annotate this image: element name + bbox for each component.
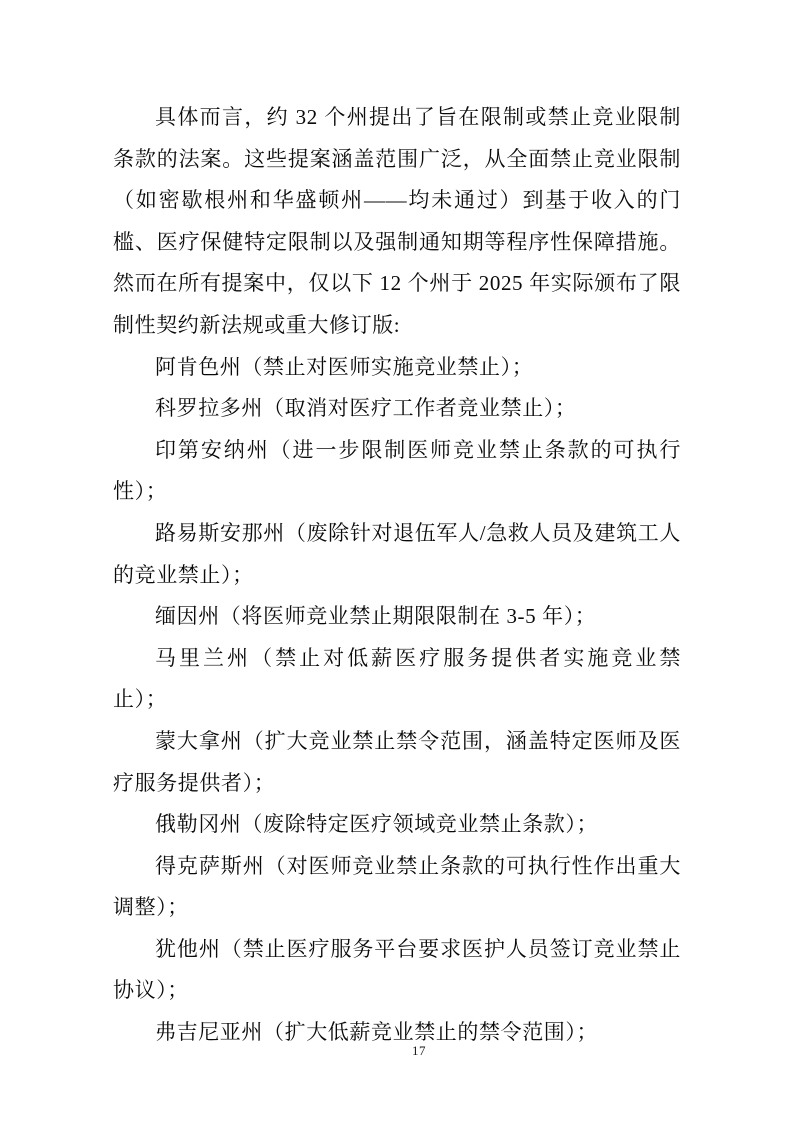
- state-list-item-maryland: 马里兰州（禁止对低薪医疗服务提供者实施竞业禁止）；: [113, 638, 681, 721]
- state-list-item-maine: 缅因州（将医师竞业禁止期限限制在 3-5 年）；: [113, 596, 681, 638]
- state-list-item-utah: 犹他州（禁止医疗服务平台要求医护人员签订竞业禁止协议）；: [113, 929, 681, 1012]
- page-number: 17: [0, 1043, 793, 1059]
- state-list-item-oregon: 俄勒冈州（废除特定医疗领域竞业禁止条款）；: [113, 804, 681, 846]
- state-list-item-texas: 得克萨斯州（对医师竞业禁止条款的可执行性作出重大调整）；: [113, 846, 681, 929]
- document-body: 具体而言，约 32 个州提出了旨在限制或禁止竞业限制条款的法案。这些提案涵盖范围…: [113, 97, 681, 1054]
- state-list-item-louisiana: 路易斯安那州（废除针对退伍军人/急救人员及建筑工人的竞业禁止）；: [113, 513, 681, 596]
- state-list-item-colorado: 科罗拉多州（取消对医疗工作者竞业禁止）；: [113, 388, 681, 430]
- state-list-item-montana: 蒙大拿州（扩大竞业禁止禁令范围，涵盖特定医师及医疗服务提供者）；: [113, 721, 681, 804]
- state-list-item-indiana: 印第安纳州（进一步限制医师竞业禁止条款的可执行性）；: [113, 430, 681, 513]
- document-page: 具体而言，约 32 个州提出了旨在限制或禁止竞业限制条款的法案。这些提案涵盖范围…: [0, 0, 793, 1122]
- state-list-item-arkansas: 阿肯色州（禁止对医师实施竞业禁止）；: [113, 347, 681, 389]
- intro-paragraph: 具体而言，约 32 个州提出了旨在限制或禁止竞业限制条款的法案。这些提案涵盖范围…: [113, 97, 681, 347]
